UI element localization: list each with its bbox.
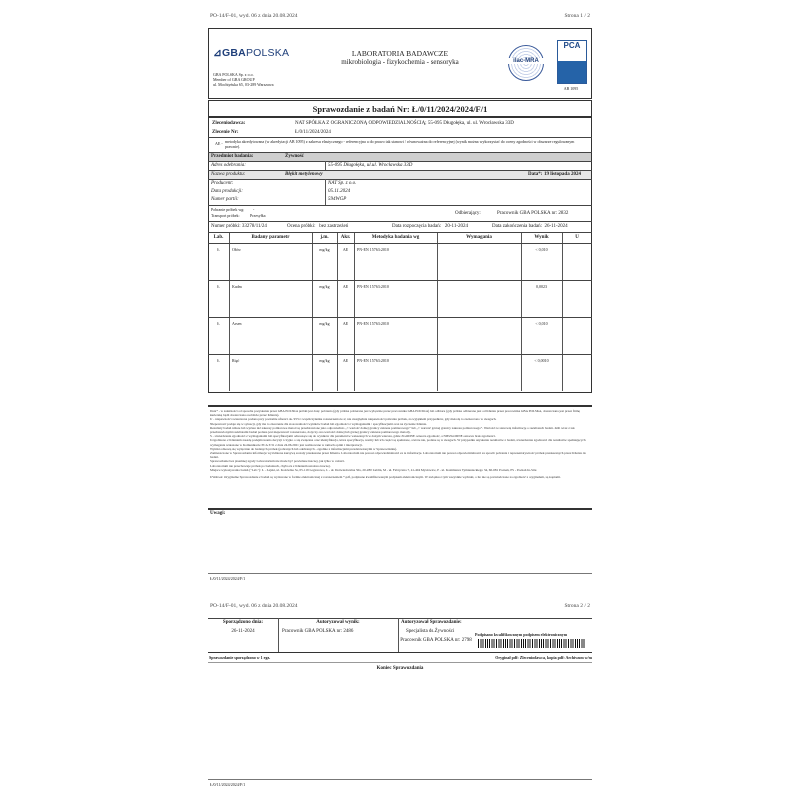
receiver-label: Odbierający: [455,211,481,217]
table-cell-method: PN-EN 15763:2010 [357,358,434,363]
barcode-icon [478,639,586,648]
pca-number: AB 1095 [555,86,587,91]
authorized-result-value: Pracownik GBA POLSKA nr: 2486 [282,629,353,635]
authorized-result-label: Autoryzował wynik: [278,620,398,626]
date-value: 19 listopada 2024 [544,172,581,178]
ae-label: AE - [215,141,223,146]
prepared-label: Sporządzono dnia: [208,620,278,626]
column-divider [437,233,438,391]
page1-footer-code: Ł/0/11/2024/2024/F/1 [210,576,245,581]
date-label: Data*: [528,172,542,178]
ae-note: metodyka akredytowana (w akredytacji AB … [225,139,585,149]
test-end-date: Data zakończenia badań: 26-11-2024 [492,224,568,230]
table-cell-akr: AE [340,247,351,252]
product-label: Nazwa produktu: [211,172,245,178]
table-cell-param: Rtęć [232,358,309,363]
client-label: Zleceniodawca: [212,121,245,127]
table-cell-lab: Ł [211,358,226,363]
lab-subtitle: mikrobiologia - fizykochemia - sensoryka [320,58,480,66]
table-cell-param: Arsen [232,321,309,326]
table-cell-method: PN-EN 15763:2010 [357,321,434,326]
subject-row [209,153,591,161]
column-divider [521,233,522,391]
table-cell-akr: AE [340,321,351,326]
batch-label: Numer partii: [211,197,239,203]
end-of-report: Koniec Sprawozdania [208,666,592,672]
column-divider [562,233,563,391]
sample-evaluation: Ocena próbki: bez zastrzeżeń [287,224,348,230]
subject-value: Żywność [285,154,304,160]
product-value: Błękit metylenowy [285,172,323,178]
production-date-label: Data produkcji: [211,189,243,195]
page-number-page2: Strona 2 / 2 [564,603,590,609]
header-divider [208,243,592,244]
transport-label: Transport próbek: [211,213,240,218]
column-divider [337,233,338,391]
table-cell-unit: mg/kg [315,247,334,252]
sample-number: Numer próbki: 33278/11/24 [211,224,267,230]
table-cell-result: 0,0023 [524,284,559,289]
transport-value: Przesyłka [250,213,266,218]
column-header: Badany parametr [231,235,310,241]
pca-logo: PCA [557,40,587,84]
prepared-date: 26-11-2024 [208,629,278,635]
row-divider [208,354,592,355]
producer-value: NAT Sp. z o.o. [328,181,356,187]
column-header: j.m. [314,235,335,241]
ilac-mra-logo: ilac-MRA [508,45,544,81]
warning-note: UWAGA: Oryginalne Sprawozdanie z badań s… [210,475,590,479]
column-header: Wymagania [439,235,519,241]
table-cell-lab: Ł [211,247,226,252]
table-cell-unit: mg/kg [315,321,334,326]
subject-label: Przedmiot badania: [211,154,253,160]
pca-badge-icon [558,61,586,83]
company-logo: ⊿GBAPOLSKA [213,47,289,59]
table-cell-unit: mg/kg [315,358,334,363]
logo-mark-icon: ⊿ [213,47,222,59]
column-header: Wynik [523,235,560,241]
column-divider [354,233,355,391]
table-cell-result: < 0,010 [524,321,559,326]
receiver-value: Pracownik GBA POLSKA nr: 2832 [497,211,568,217]
production-date-value: 05.11.2024 [328,189,350,195]
report-title: Sprawozdanie z badań Nr: Ł/0/11/2024/202… [208,104,592,114]
order-label: Zlecenie Nr: [212,130,239,136]
page2-footer-code: Ł/0/11/2024/2024/F/1 [210,782,245,787]
column-divider [312,233,313,391]
table-cell-lab: Ł [211,321,226,326]
table-cell-method: PN-EN 15763:2010 [357,284,434,289]
table-cell-lab: Ł [211,284,226,289]
table-cell-akr: AE [340,284,351,289]
table-cell-akr: AE [340,358,351,363]
client-value: NAT SPÓŁKA Z OGRANICZONĄ ODPOWIEDZIALNOŚ… [295,121,514,127]
order-value: Ł/0/11/2024/2024 [295,130,331,136]
lab-title: LABORATORIA BADAWCZE [320,49,480,58]
footnotes: Data* - w zależności od sposobu pozyskan… [210,409,590,479]
document-code-page2: PO-14/F-01, wyd. 06 z dnia 20.08.2024 [210,603,298,609]
page-number: Strona 1 / 2 [564,13,590,19]
company-info: GBA POLSKA Sp. z o.o. Member of GBA GROU… [213,72,273,87]
authorized-report-value: Pracownik GBA POLSKA nr: 2798 [400,638,472,644]
table-cell-param: Ołów [232,247,309,252]
document-code: PO-14/F-01, wyd. 06 z dnia 20.08.2024 [210,13,298,19]
authorized-report-label: Autoryzował Sprawozdanie: [401,620,462,626]
pickup-value: 55-095 Długołęka, ul.ul. Wrocławska 33D [328,163,412,169]
sampling-label: Pobranie próbek wg: [211,207,244,212]
row-divider [208,317,592,318]
table-cell-method: PN-EN 15763:2010 [357,247,434,252]
column-divider [229,233,230,391]
column-header: Lab. [210,235,227,241]
producer-label: Producent: [211,181,233,187]
row-divider [208,280,592,281]
table-cell-result: < 0,010 [524,247,559,252]
table-cell-result: < 0,0010 [524,358,559,363]
table-cell-unit: mg/kg [315,284,334,289]
signature-text: Podpisano kwalifikowanym podpisem elektr… [475,632,567,637]
column-header: U [564,235,590,241]
sampling-value: - [253,207,254,212]
remarks-label: Uwagi: [210,511,225,517]
original-note: Oryginał pdf: Zleceniodawca, kopia pdf: … [495,655,592,660]
table-cell-param: Kadm [232,284,309,289]
column-header: Akr. [339,235,352,241]
pickup-label: Adres odebrania: [211,163,246,169]
column-header: Metodyka badania wg [356,235,435,241]
copies-note: Sprawozdanie sporządzono w 1 egz. [209,655,270,660]
authorized-report-role: Specjalista ds.Żywności [406,629,454,635]
batch-value: 594WGP [328,197,346,203]
test-start-date: Data rozpoczęcia badań: 20-11-2024 [392,224,468,230]
